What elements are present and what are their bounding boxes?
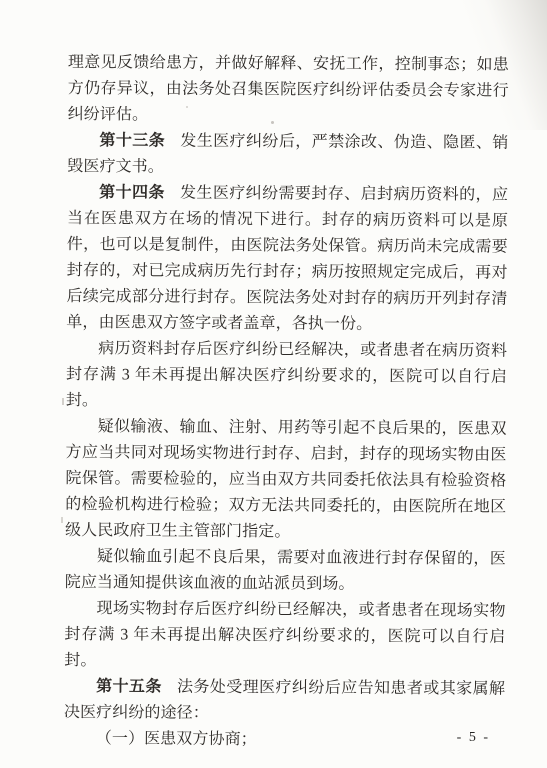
paragraph-continuation: 理意见反馈给患方，并做好解释、安抚工作，控制事态；如患方仍存异议，由法务处召集医… [68,50,509,131]
paragraph-physical-evidence: 疑似输液、输血、注射、用药等引起不良后果的，医患双方应当共同对现场实物进行封存、… [65,414,507,547]
article-15: 第十五条法务处受理医疗纠纷后应告知患者或其家属解决医疗纠纷的途径： [64,674,505,729]
article-14: 第十四条发生医疗纠纷需要封存、启封病历资料的，应当在医患双方在场的情况下进行。封… [66,180,508,339]
article-15-number: 第十五条 [96,678,162,695]
page-number: - 5 - [457,730,490,746]
list-item-text: （一）医患双方协商； [96,730,257,748]
list-item-1: （一）医患双方协商； [64,726,505,755]
scanned-document-page: 理意见反馈给患方，并做好解释、安抚工作，控制事态；如患方仍存异议，由法务处召集医… [0,0,547,768]
article-14-text: 发生医疗纠纷需要封存、启封病历资料的，应当在医患双方在场的情况下进行。封存的病历… [66,185,508,333]
paragraph-evidence-unseal: 现场实物封存后医疗纠纷已经解决，或者患者在现场实物封存满 3 年未再提出解决医疗… [64,596,505,677]
paragraph-records-unseal: 病历资料封存后医疗纠纷已经解决，或者患者在病历资料封存满 3 年未再提出解决医疗… [66,336,507,417]
paragraph-text: 病历资料封存后医疗纠纷已经解决，或者患者在病历资料封存满 3 年未再提出解决医疗… [66,340,507,409]
paragraph-text: 疑似输血引起不良后果，需要对血液进行封存保留的，医院应当通知提供该血液的血站派员… [65,548,506,593]
paragraph-text: 理意见反馈给患方，并做好解释、安抚工作，控制事态；如患方仍存异议，由法务处召集医… [68,54,509,123]
paragraph-blood-transfusion: 疑似输血引起不良后果，需要对血液进行封存保留的，医院应当通知提供该血液的血站派员… [65,544,506,599]
article-14-number: 第十四条 [99,184,165,201]
article-13-number: 第十三条 [99,132,165,149]
paragraph-text: 现场实物封存后医疗纠纷已经解决，或者患者在现场实物封存满 3 年未再提出解决医疗… [64,600,505,669]
paragraph-text: 疑似输液、输血、注射、用药等引起不良后果的，医患双方应当共同对现场实物进行封存、… [65,418,507,540]
scan-speck [61,517,63,523]
article-13: 第十三条发生医疗纠纷后，严禁涂改、伪造、隐匿、销毁医疗文书。 [67,128,508,183]
scan-speck [62,398,64,405]
document-body: 理意见反馈给患方，并做好解释、安抚工作，控制事态；如患方仍存异议，由法务处召集医… [64,50,509,755]
